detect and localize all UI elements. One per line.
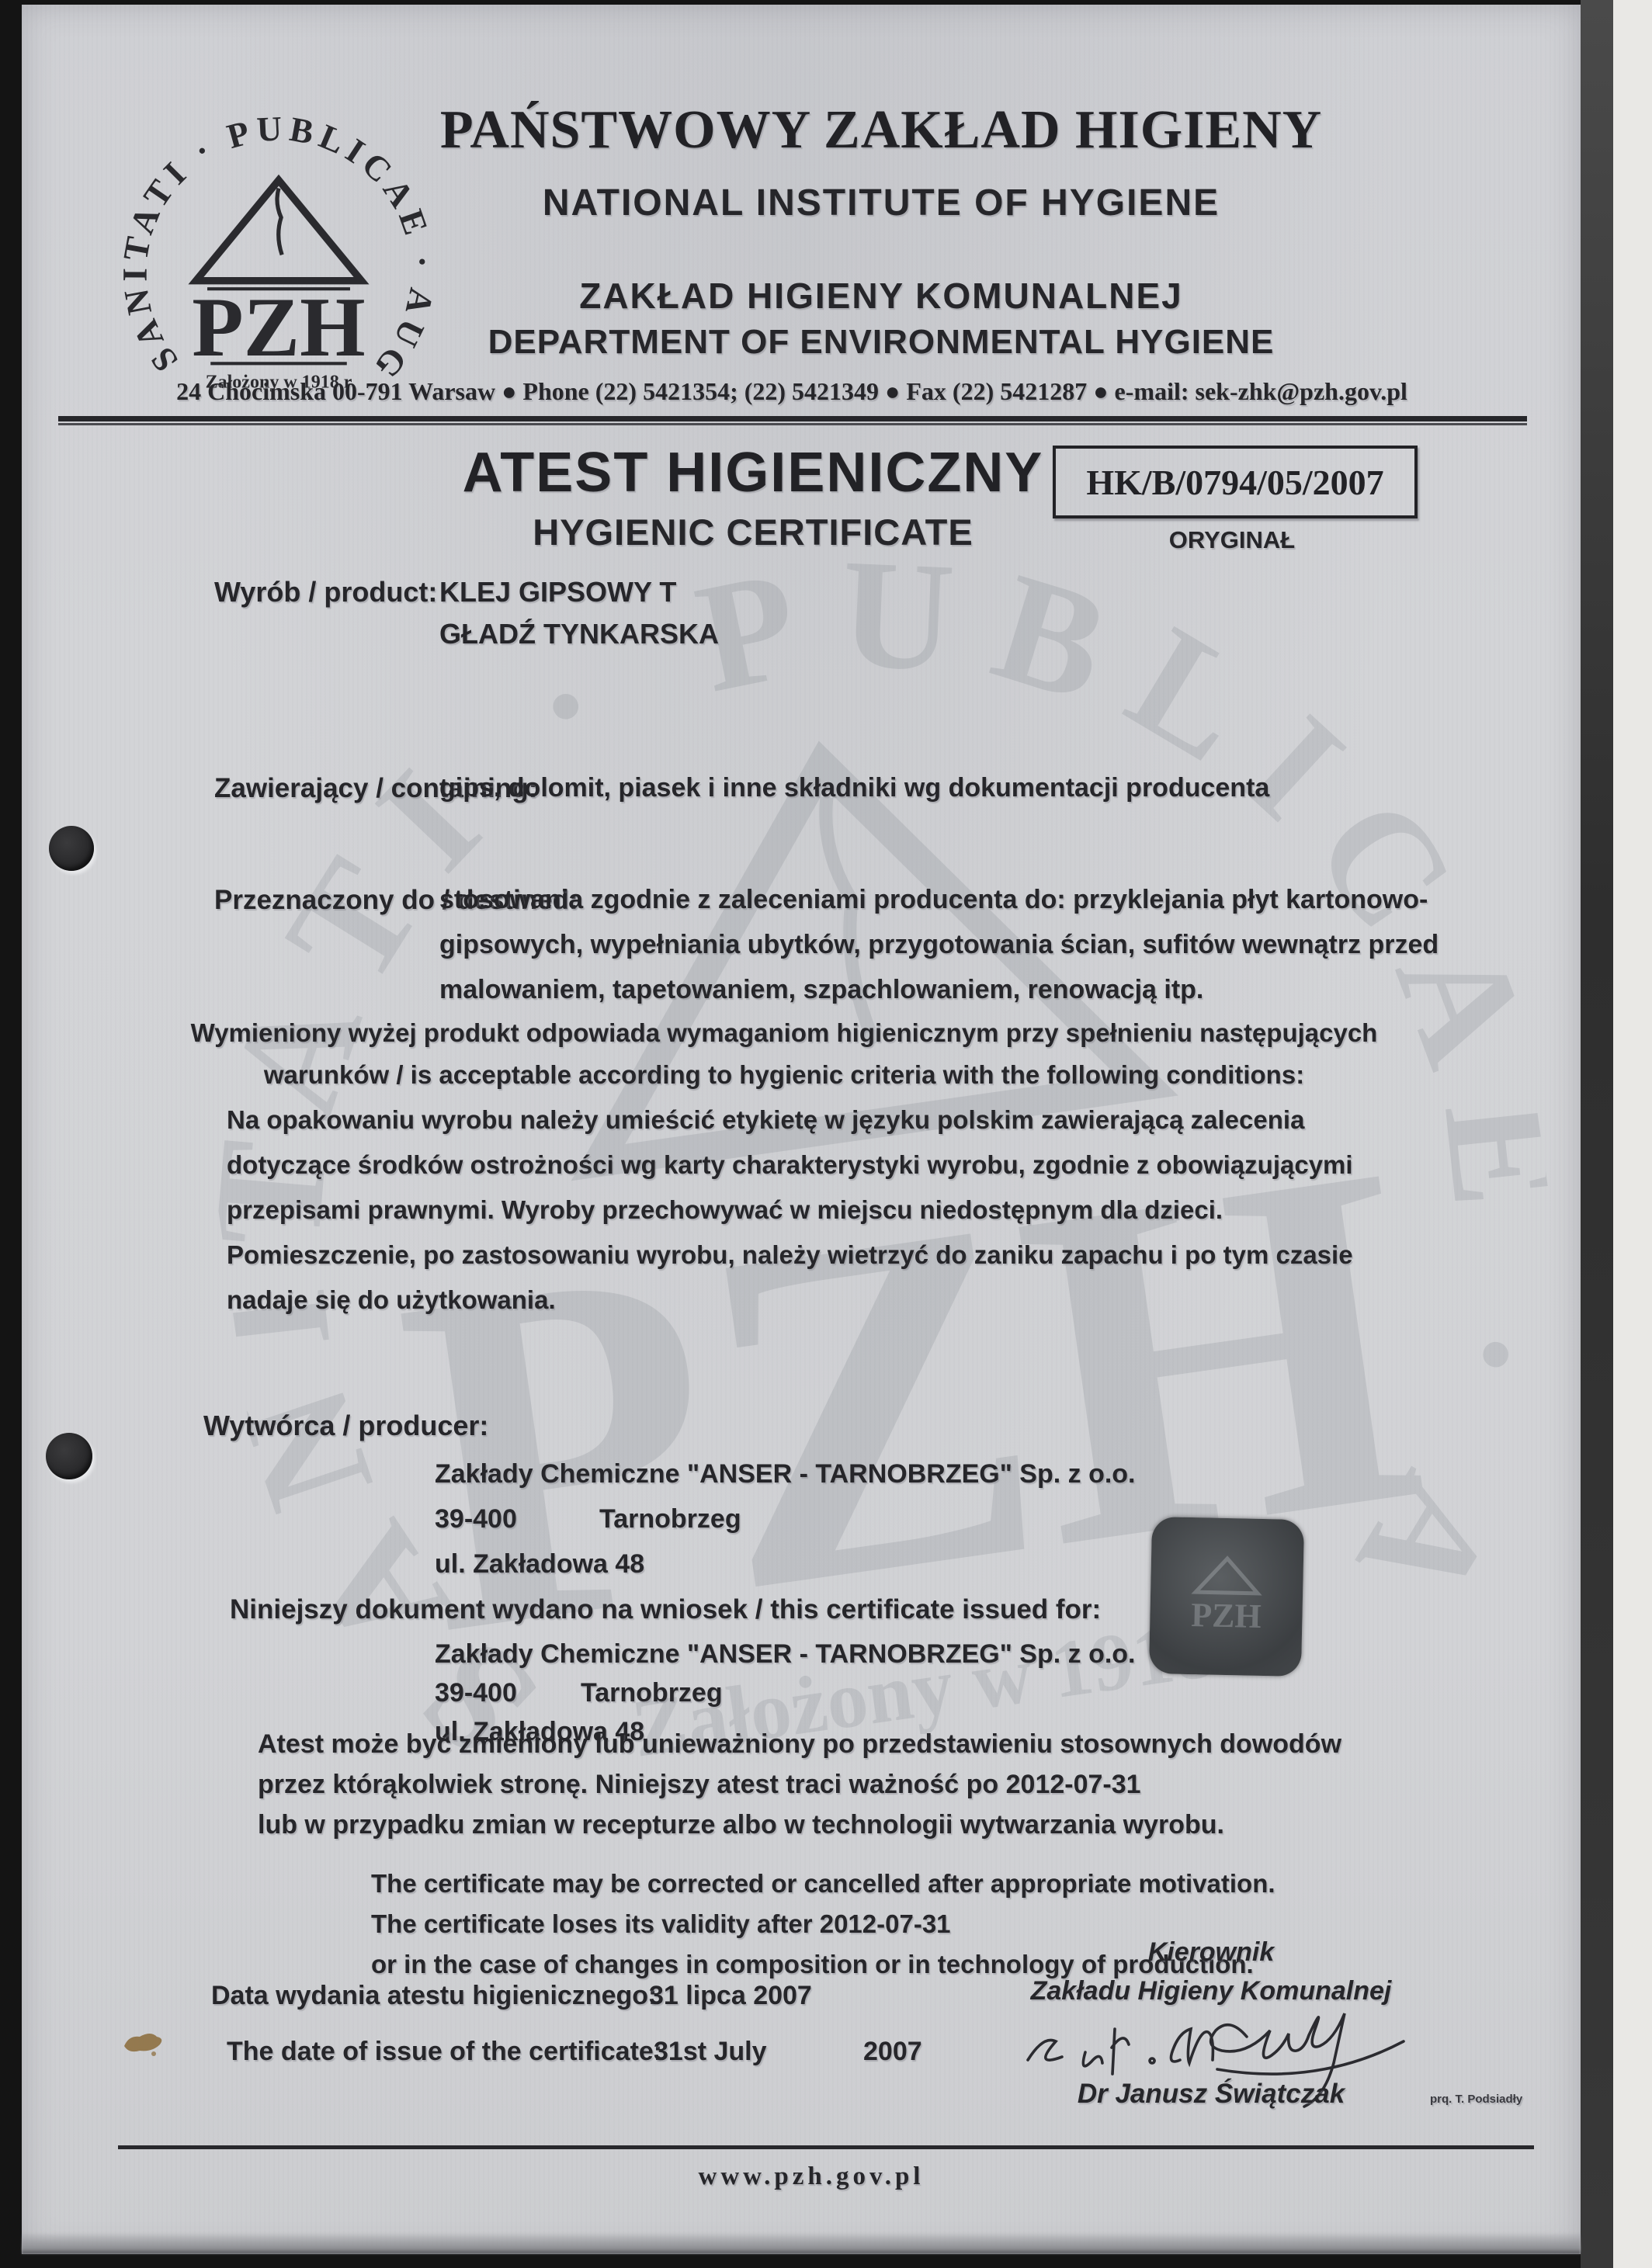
conditions-line: dotyczące środków ostrożności wg karty c… xyxy=(227,1150,1353,1180)
product-name-line1: KLEJ GIPSOWY T xyxy=(439,576,676,609)
certificate-title-en: HYGIENIC CERTIFICATE xyxy=(326,511,1180,553)
destined-line: gipsowych, wypełniania ubytków, przygoto… xyxy=(439,930,1439,960)
scan-edge-dark-band xyxy=(1581,0,1613,2268)
signature-flourish xyxy=(1217,2041,1404,2074)
certificate-title-pl: ATEST HIGIENICZNY xyxy=(326,441,1180,505)
footer-rule xyxy=(118,2145,1534,2149)
validity-en-line: The certificate may be corrected or canc… xyxy=(371,1869,1275,1899)
paper-bottom-shadow xyxy=(22,2232,1581,2254)
ink-smudge xyxy=(113,2023,179,2063)
institute-name-pl: PAŃSTWOWY ZAKŁAD HIGIENY xyxy=(435,99,1327,161)
issued-for-label: Niniejszy dokument wydano na wniosek / t… xyxy=(230,1594,1101,1625)
logo-acronym: PZH xyxy=(192,280,365,374)
department-name-pl: ZAKŁAD HIGIENY KOMUNALNEJ xyxy=(435,275,1327,317)
issue-date-label-en: The date of issue of the certificate: xyxy=(227,2037,662,2067)
producer-label: Wytwórca / producer: xyxy=(203,1410,488,1442)
ink-smudge-dot xyxy=(151,2051,156,2056)
signature-stroke xyxy=(1150,2058,1154,2063)
destined-line: stosowania zgodnie z zaleceniami produce… xyxy=(439,885,1428,915)
issued-for-city: Tarnobrzeg xyxy=(581,1678,723,1708)
validity-en-line: The certificate loses its validity after… xyxy=(371,1909,951,1939)
product-name-line2: GŁADŹ TYNKARSKA xyxy=(439,618,719,650)
conditions-line: Pomieszczenie, po zastosowaniu wyrobu, n… xyxy=(227,1240,1353,1270)
conditions-intro-line2: warunków / is acceptable according to hy… xyxy=(140,1060,1428,1090)
validity-pl-line: Atest może być zmieniony lub unieważnion… xyxy=(258,1729,1341,1760)
watermark-staff xyxy=(822,796,875,1046)
product-label: Wyrób / product: xyxy=(214,576,437,609)
ink-smudge-blob xyxy=(124,2034,161,2051)
certificate-number-box: HK/B/0794/05/2007 xyxy=(1053,446,1418,518)
conditions-intro-line1: Wymieniony wyżej produkt odpowiada wymag… xyxy=(140,1018,1428,1048)
copy-type-label: ORYGINAŁ xyxy=(1053,526,1411,554)
producer-postal: 39-400 xyxy=(435,1504,517,1535)
producer-street: ul. Zakładowa 48 xyxy=(435,1549,644,1580)
signer-role-line1: Kierownik xyxy=(1009,1937,1413,1968)
signature-stroke xyxy=(1171,2029,1213,2063)
certificate-number: HK/B/0794/05/2007 xyxy=(1086,462,1383,503)
department-name-en: DEPARTMENT OF ENVIRONMENTAL HYGIENE xyxy=(435,323,1327,362)
validity-pl-line: lub w przypadku zmian w recepturze albo … xyxy=(258,1810,1224,1840)
header-divider-rule xyxy=(58,416,1527,425)
scanned-certificate-page: SANITATI · PUBLICAE · AUGENDAE · PZH Zał… xyxy=(0,0,1652,2268)
stamp-acronym: PZH xyxy=(1191,1596,1262,1635)
footer-url: www.pzh.gov.pl xyxy=(54,2162,1568,2191)
validity-pl-line: przez którąkolwiek stronę. Niniejszy ate… xyxy=(258,1770,1141,1800)
punch-hole-top xyxy=(49,826,94,871)
issued-for-postal: 39-400 xyxy=(435,1678,517,1708)
logo-staff xyxy=(277,189,282,255)
destined-line: malowaniem, tapetowaniem, szpachlowaniem… xyxy=(439,975,1203,1005)
stamp-triangle xyxy=(1196,1558,1258,1593)
signature-stroke xyxy=(1083,2029,1129,2074)
conditions-line: przepisami prawnymi. Wyroby przechowywać… xyxy=(227,1195,1223,1225)
producer-city: Tarnobrzeg xyxy=(599,1504,741,1535)
conditions-line: Na opakowaniu wyrobu należy umieścić ety… xyxy=(227,1105,1304,1135)
containing-value: gips, dolomit, piasek i inne składniki w… xyxy=(439,773,1269,803)
punch-hole-bottom xyxy=(46,1433,92,1479)
small-print-note: prq. T. Podsiadły xyxy=(1430,2093,1522,2106)
issue-date-value-pl: 31 lipca 2007 xyxy=(649,1981,812,2011)
conditions-line: nadaje się do użytkowania. xyxy=(227,1285,556,1315)
issued-for-company: Zakłady Chemiczne "ANSER - TARNOBRZEG" S… xyxy=(435,1639,1136,1670)
issue-date-value-en: 31st July xyxy=(654,2037,767,2067)
institute-name-en: NATIONAL INSTITUTE OF HYGIENE xyxy=(435,182,1327,224)
scan-edge-light-band xyxy=(1613,0,1652,2268)
signer-name: Dr Janusz Świątczak xyxy=(1009,2079,1413,2110)
producer-company: Zakłady Chemiczne "ANSER - TARNOBRZEG" S… xyxy=(435,1459,1136,1489)
ink-stamp: PZH xyxy=(1149,1517,1304,1677)
signature-stroke xyxy=(1028,2040,1062,2060)
issue-year-en: 2007 xyxy=(863,2037,922,2067)
address-line: 24 Chocimska 00-791 Warsaw ● Phone (22) … xyxy=(54,377,1529,406)
issue-date-label-pl: Data wydania atestu higienicznego: xyxy=(211,1981,657,2011)
